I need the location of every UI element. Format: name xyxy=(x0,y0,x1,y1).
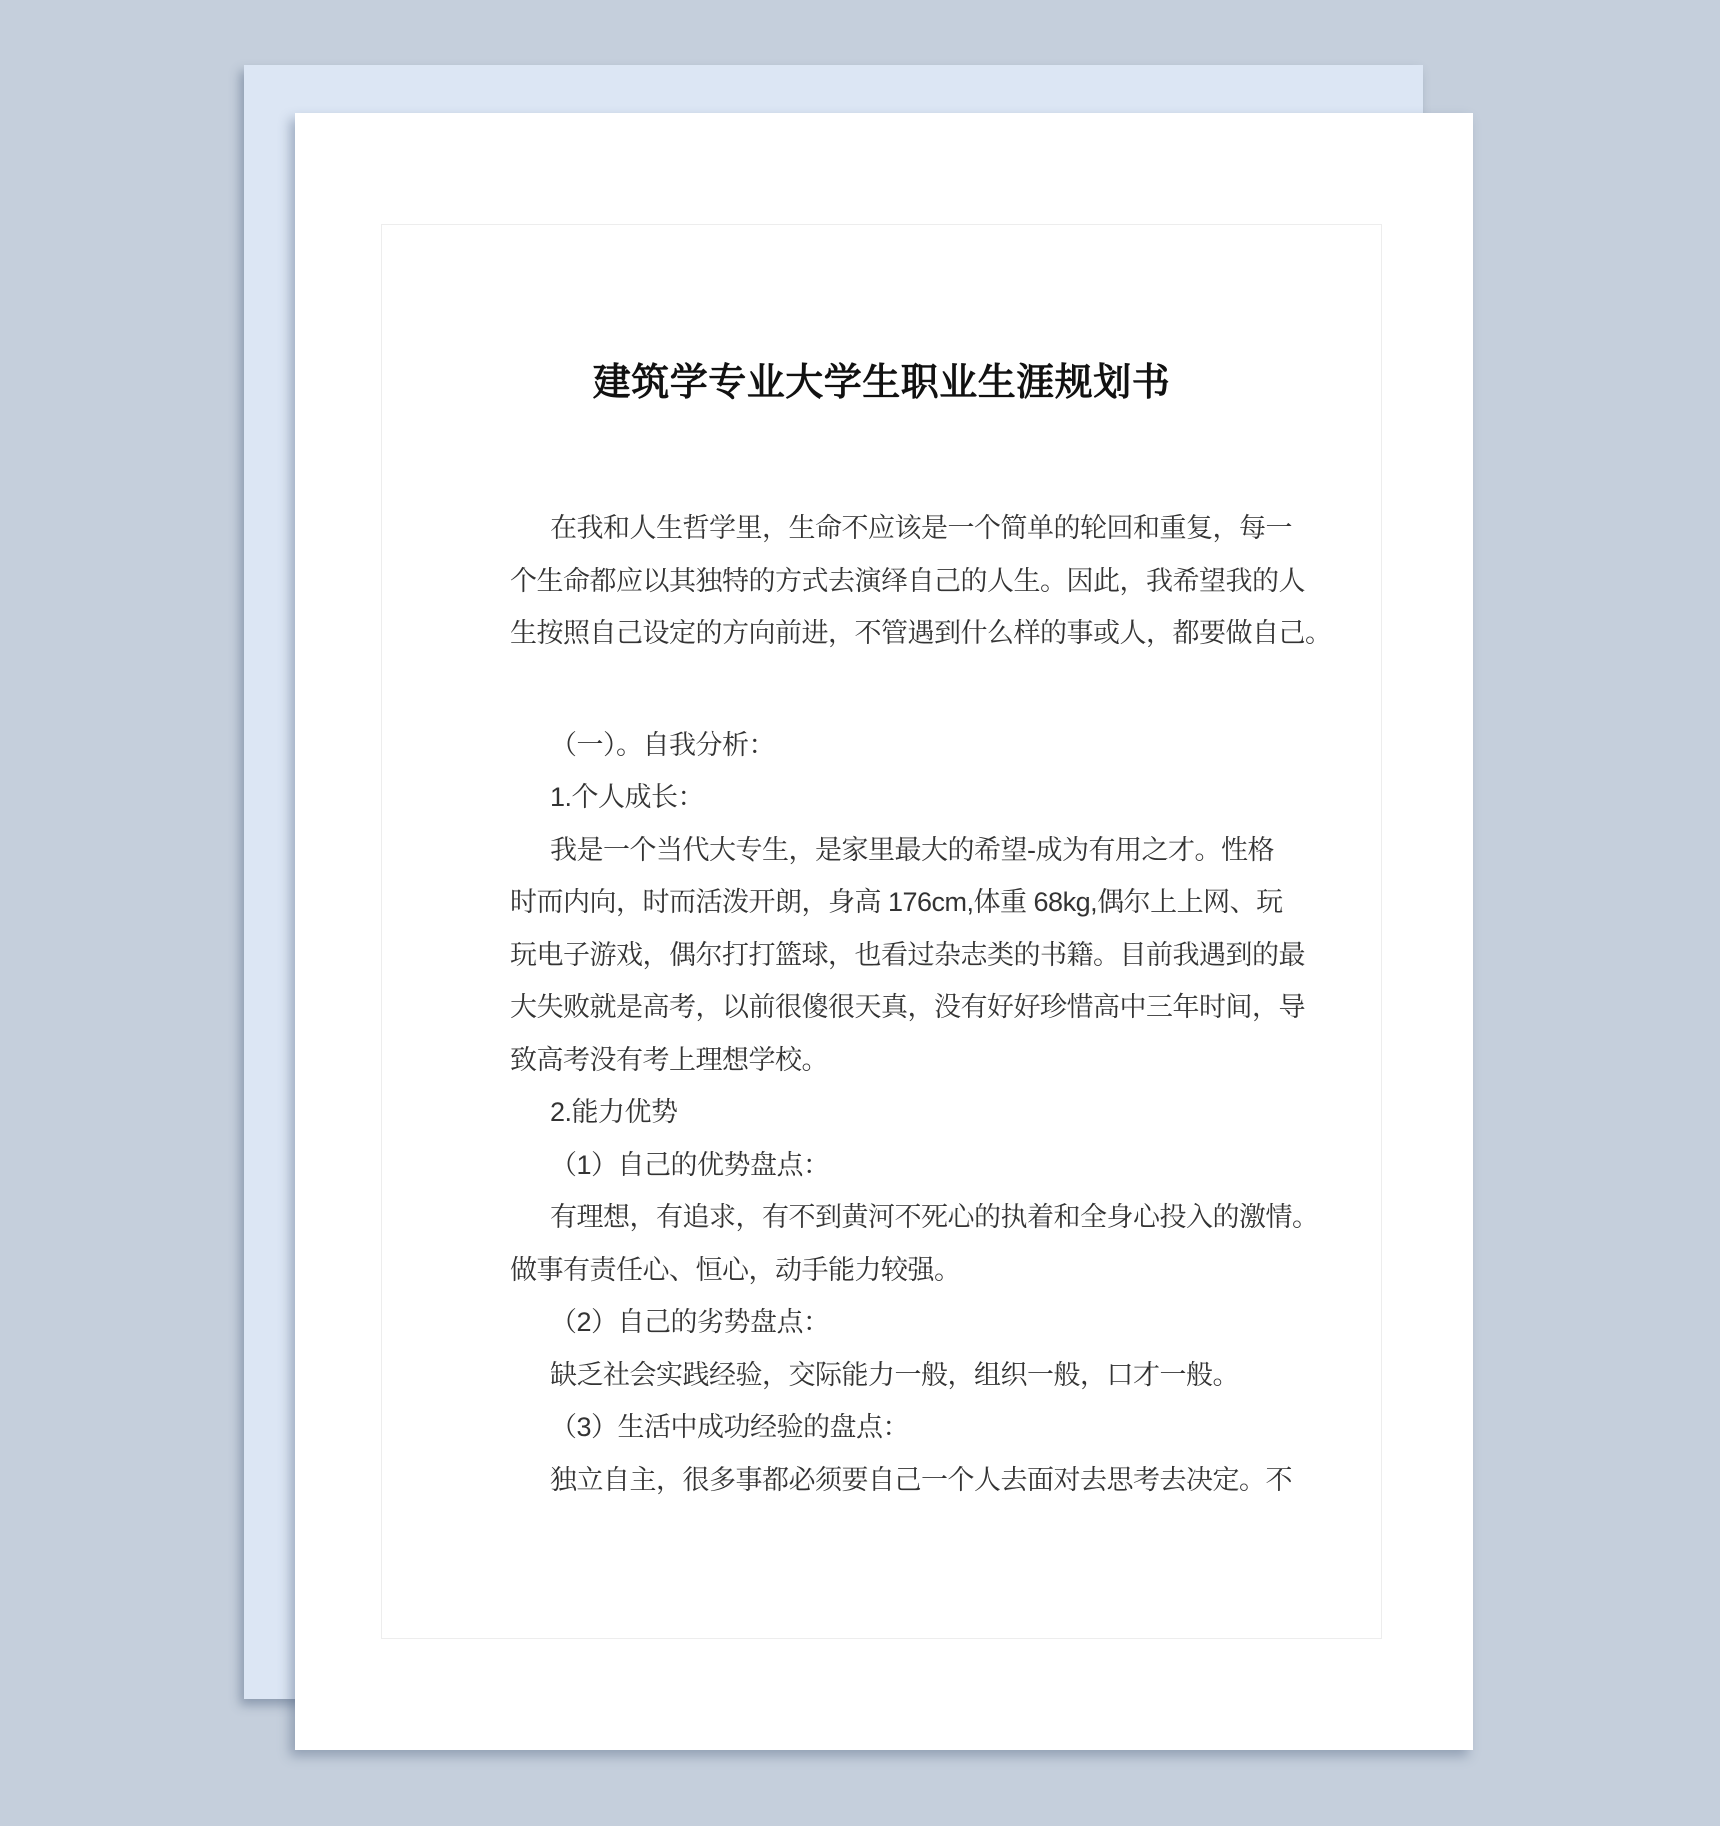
growth-line-4: 大失败就是高考，以前很傻很天真，没有好好珍惜高中三年时间，导 xyxy=(510,981,1280,1034)
success-line-1: 独立自主，很多事都必须要自己一个人去面对去思考去决定。不 xyxy=(510,1454,1280,1507)
success-heading: （3）生活中成功经验的盘点： xyxy=(510,1401,1280,1454)
intro-line-3: 生按照自己设定的方向前进，不管遇到什么样的事或人，都要做自己。 xyxy=(510,607,1280,660)
disadvantage-heading: （2）自己的劣势盘点： xyxy=(510,1296,1280,1349)
growth-line-5: 致高考没有考上理想学校。 xyxy=(510,1034,1280,1087)
paragraph-spacer xyxy=(510,660,1280,719)
item-1-heading: 1.个人成长： xyxy=(510,771,1280,824)
growth-line-1: 我是一个当代大专生，是家里最大的希望-成为有用之才。性格 xyxy=(510,824,1280,877)
section-1-heading: （一）。自我分析： xyxy=(510,719,1280,772)
document-page: 建筑学专业大学生职业生涯规划书 在我和人生哲学里，生命不应该是一个简单的轮回和重… xyxy=(295,113,1473,1750)
advantage-line-2: 做事有责任心、恒心，动手能力较强。 xyxy=(510,1244,1280,1297)
advantage-line-1: 有理想，有追求，有不到黄河不死心的执着和全身心投入的激情。 xyxy=(510,1191,1280,1244)
desktop-background: 建筑学专业大学生职业生涯规划书 在我和人生哲学里，生命不应该是一个简单的轮回和重… xyxy=(0,0,1720,1826)
intro-line-2: 个生命都应以其独特的方式去演绎自己的人生。因此，我希望我的人 xyxy=(510,555,1280,608)
growth-line-2: 时而内向，时而活泼开朗，身高 176cm,体重 68kg,偶尔上上网、玩 xyxy=(510,876,1280,929)
disadvantage-line-1: 缺乏社会实践经验，交际能力一般，组织一般，口才一般。 xyxy=(510,1349,1280,1402)
item-2-heading: 2.能力优势 xyxy=(510,1086,1280,1139)
document-title: 建筑学专业大学生职业生涯规划书 xyxy=(381,355,1382,411)
document-body: 在我和人生哲学里，生命不应该是一个简单的轮回和重复，每一 个生命都应以其独特的方… xyxy=(510,502,1280,1506)
intro-line-1: 在我和人生哲学里，生命不应该是一个简单的轮回和重复，每一 xyxy=(510,502,1280,555)
growth-line-3: 玩电子游戏，偶尔打打篮球，也看过杂志类的书籍。目前我遇到的最 xyxy=(510,929,1280,982)
advantage-heading: （1）自己的优势盘点： xyxy=(510,1139,1280,1192)
